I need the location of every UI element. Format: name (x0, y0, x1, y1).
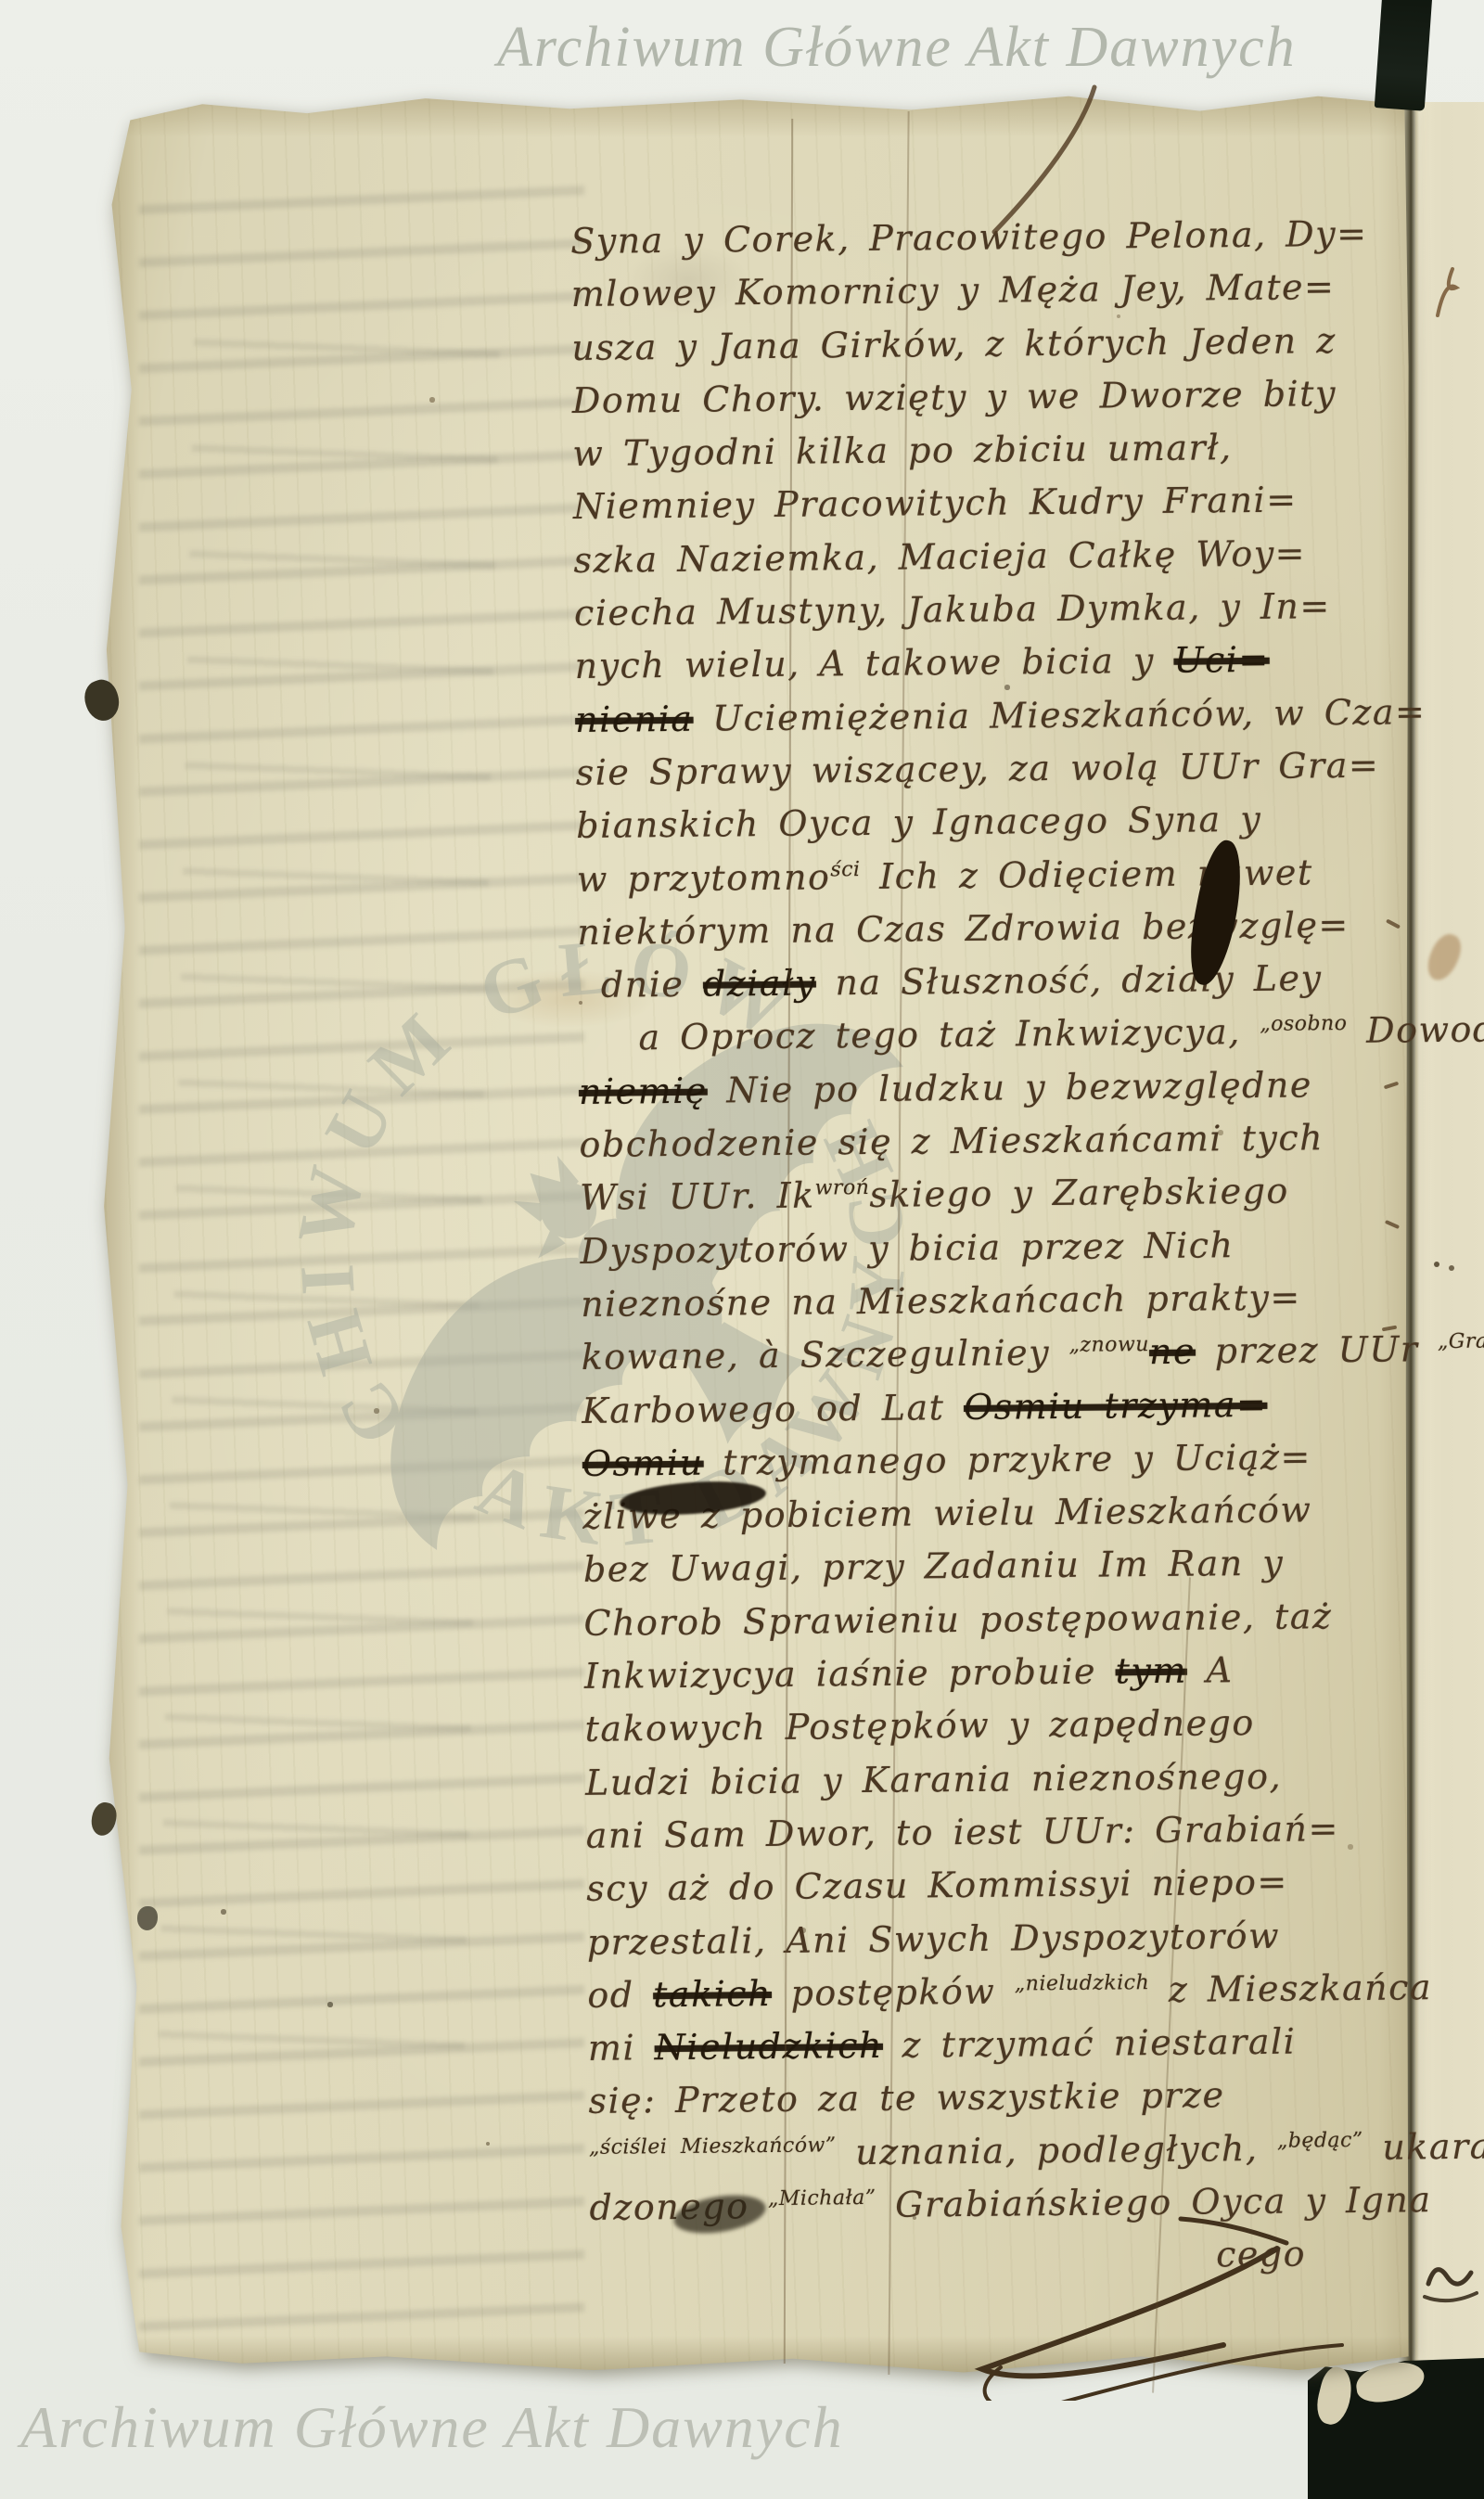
inserted-text: „osobno (1260, 1012, 1347, 1036)
manuscript-line: ciecha Mustyny, Jakuba Dymka, y In= (574, 584, 1419, 646)
manuscript-line: „ściślei Mieszkańców” uznania, podległyc… (589, 2126, 1434, 2187)
handwritten-text: trzymanego przykre y Uciąż= (703, 1436, 1311, 1482)
handwritten-text: na Słuszność, działy Ley (816, 957, 1323, 1003)
manuscript-text: Syna y Corek, Pracowitego Pelona, Dy=mlo… (570, 212, 1434, 2293)
handwritten-text: Domu Chory. wzięty y we Dworze bity (572, 373, 1337, 421)
handwritten-text: Ich z Odięciem nawet (860, 852, 1313, 897)
handwritten-text: przestali, Ani Swych Dyspozytorów (587, 1915, 1281, 1962)
inserted-text: „Grabowskiego (1438, 1329, 1484, 1354)
handwritten-text: A (1187, 1649, 1234, 1690)
binding-ribbon (1375, 0, 1433, 111)
manuscript-line: a Oprocz tego taż Inkwizycya, „osobno Do… (578, 1010, 1423, 1071)
archive-watermark-bottom: Archiwum Główne Akt Dawnych (20, 2393, 844, 2462)
inserted-text: „znowu (1068, 1333, 1149, 1357)
handwritten-text: cego (1216, 2234, 1306, 2275)
handwritten-text: scy aż do Czasu Kommissyi niepo= (586, 1862, 1288, 1909)
handwritten-text: żliwe z pobiciem wielu Mieszkańców (582, 1490, 1311, 1538)
manuscript-line: kowane, à Szczegulniey „znowune przez UU… (582, 1328, 1426, 1390)
manuscript-line: dnie działy na Słuszność, działy Ley (578, 956, 1423, 1018)
manuscript-line: usza y Jana Girków, z których Jeden z (571, 319, 1416, 380)
manuscript-line: Domu Chory. wzięty y we Dworze bity (572, 372, 1417, 433)
manuscript-line: scy aż do Czasu Kommissyi niepo= (586, 1860, 1431, 1921)
handwritten-text: mi (588, 2027, 655, 2069)
handwritten-text: Chorob Sprawieniu postępowanie, taż (583, 1596, 1332, 1644)
inserted-text: „ściślei Mieszkańców” (589, 2134, 837, 2159)
handwritten-text: ciecha Mustyny, Jakuba Dymka, y In= (574, 585, 1331, 634)
manuscript-line: w przytomności Ich z Odięciem nawet (577, 851, 1422, 912)
manuscript-line: nieznośne na Mieszkańcach prakty= (581, 1275, 1426, 1337)
handwritten-text: z Mieszkańca (1149, 1967, 1432, 2010)
handwritten-text: w Tygodni kilka po zbiciu umarł, (572, 427, 1233, 474)
manuscript-line: dzonego „Michała” Grabiańskiego Oyca y I… (589, 2179, 1434, 2240)
paper-specks (97, 93, 99, 95)
inserted-text: „będąc” (1277, 2129, 1363, 2153)
struck-text: takich (653, 1973, 772, 2015)
struck-text: tym (1115, 1650, 1187, 1692)
manuscript-line: Syna y Corek, Pracowitego Pelona, Dy= (570, 212, 1415, 274)
handwritten-text: dnie (601, 964, 703, 1006)
handwritten-text: ukaraniu Uro (1363, 2124, 1484, 2168)
handwritten-text: Syna y Corek, Pracowitego Pelona, Dy= (570, 213, 1368, 262)
ink-blot-left-margin (89, 1801, 119, 1838)
handwritten-text: takowych Postępków y zapędnego (584, 1702, 1255, 1749)
manuscript-line: takowych Postępków y zapędnego (584, 1701, 1429, 1762)
handwritten-text: obchodzenie się z Mieszkańcami tych (579, 1117, 1324, 1165)
handwritten-text: uznania, podległych, (836, 2127, 1277, 2172)
handwritten-text: Dowodzi (1347, 1009, 1484, 1052)
struck-text: ne (1149, 1331, 1196, 1372)
handwritten-text: sie Sprawy wiszącey, za wolą UUr Gra= (576, 745, 1380, 793)
inserted-text: „Michała” (768, 2186, 876, 2211)
manuscript-line: w Tygodni kilka po zbiciu umarł, (572, 425, 1417, 486)
handwritten-text: się: Przeto za te wszystkie prze (588, 2075, 1225, 2122)
manuscript-line: niemię Nie po ludzku y bezwzględne (579, 1063, 1424, 1124)
archive-scan-viewport: { "archive_overlay": { "top_watermark": … (0, 0, 1484, 2499)
manuscript-line: mlowey Komornicy y Męża Jey, Mate= (571, 266, 1416, 327)
manuscript-line: Inkwizycya iaśnie probuie tym A (584, 1647, 1429, 1709)
handwritten-text: nieznośne na Mieszkańcach prakty= (581, 1276, 1301, 1324)
manuscript-line: Niemniey Pracowitych Kudry Frani= (573, 479, 1418, 540)
manuscript-line: Karbowego od Lat Osmiu trzyma= (582, 1382, 1426, 1443)
handwritten-text: Inkwizycya iaśnie probuie (584, 1650, 1116, 1696)
handwritten-text: usza y Jana Girków, z których Jeden z (571, 320, 1337, 368)
manuscript-line: ani Sam Dwor, to iest UUr: Grabiań= (586, 1807, 1431, 1868)
handwritten-text: bianskich Oyca y Ignacego Syna y (576, 799, 1261, 846)
manuscript-line: Chorob Sprawieniu postępowanie, taż (583, 1595, 1428, 1656)
manuscript-line: nych wielu, A takowe bicia y Uci= (574, 638, 1419, 699)
handwritten-text: postępków (772, 1970, 1015, 2014)
manuscript-line: Ludzi bicia y Karania nieznośnego, (585, 1754, 1430, 1815)
manuscript-line: Dyspozytorów y bicia przez Nich (580, 1223, 1425, 1284)
handwritten-text: Niemniey Pracowitych Kudry Frani= (573, 480, 1298, 527)
manuscript-line: niektórym na Czas Zdrowia bezwzglę= (577, 903, 1422, 965)
handwritten-text: od (587, 1974, 653, 2016)
struck-text: Osmiu trzyma= (964, 1383, 1268, 1427)
manuscript-line: nienia Uciemiężenia Mieszkańców, w Cza= (575, 691, 1420, 752)
manuscript-line: Wsi UUr. Ikwrońskiego y Zarębskiego (580, 1170, 1425, 1231)
handwritten-text: skiego y Zarębskiego (869, 1171, 1289, 1215)
manuscript-line: bez Uwagi, przy Zadaniu Im Ran y (583, 1542, 1428, 1603)
handwritten-text: Karbowego od Lat (582, 1387, 964, 1431)
manuscript-line: Osmiu trzymanego przykre y Uciąż= (582, 1435, 1427, 1496)
handwritten-text: a Oprocz tego taż Inkwizycya, (638, 1011, 1260, 1057)
handwritten-text: ani Sam Dwor, to iest UUr: Grabiań= (586, 1808, 1340, 1856)
manuscript-line: przestali, Ani Swych Dyspozytorów (587, 1914, 1432, 1975)
struck-text: niemię (579, 1070, 708, 1111)
handwritten-text: Dyspozytorów y bicia przez Nich (580, 1224, 1234, 1272)
struck-text: działy (703, 963, 816, 1005)
handwritten-text: dzonego (589, 2185, 768, 2228)
manuscript-line: szka Naziemka, Macieja Całkę Woy= (573, 532, 1418, 593)
manuscript-line: się: Przeto za te wszystkie prze (588, 2073, 1433, 2134)
handwritten-text: Nie po ludzku y bezwzględne (708, 1064, 1312, 1110)
handwritten-text: Wsi UUr. Ik (580, 1175, 815, 1218)
manuscript-line: mi Nieludzkich z trzymać niestarali (588, 2019, 1433, 2081)
handwritten-text: nych wielu, A takowe bicia y (574, 640, 1173, 686)
handwritten-text: szka Naziemka, Macieja Całkę Woy= (573, 532, 1306, 581)
handwritten-text: przez UUr (1196, 1328, 1438, 1372)
archive-watermark-top: Archiwum Główne Akt Dawnych (497, 15, 1297, 81)
handwritten-text: Grabiańskiego Oyca y Igna (876, 2179, 1431, 2225)
handwritten-text: w przytomno (577, 856, 831, 900)
manuscript-line: bianskich Oyca y Ignacego Syna y (576, 798, 1421, 859)
manuscript-line: obchodzenie się z Mieszkańcami tych (579, 1116, 1424, 1177)
struck-text: nienia (575, 698, 694, 739)
handwritten-text: niektórym na Czas Zdrowia bezwzglę= (577, 904, 1350, 953)
ink-dots-right-page (1434, 1262, 1439, 1267)
handwritten-text: bez Uwagi, przy Zadaniu Im Ran y (583, 1543, 1285, 1590)
handwritten-text: z trzymać niestarali (883, 2021, 1297, 2066)
handwritten-text: kowane, à Szczegulniey (582, 1332, 1069, 1378)
struck-text: Nieludzkich (654, 2025, 883, 2068)
handwritten-text: mlowey Komornicy y Męża Jey, Mate= (571, 266, 1336, 314)
manuscript-line: cego (590, 2232, 1435, 2293)
inserted-text: wroń (814, 1176, 869, 1200)
struck-text: Osmiu (582, 1442, 704, 1484)
struck-text: Uci= (1173, 639, 1270, 681)
manuscript-line: sie Sprawy wiszącey, za wolą UUr Gra= (576, 744, 1421, 805)
inserted-text: „nieludzkich (1015, 1971, 1150, 1995)
manuscript-line: żliwe z pobiciem wielu Mieszkańców (582, 1488, 1427, 1549)
manuscript-line: od takich postępków „nieludzkich z Miesz… (587, 1967, 1432, 2028)
handwritten-text: Uciemiężenia Mieszkańców, w Cza= (693, 691, 1426, 739)
inserted-text: ści (830, 858, 860, 881)
handwritten-text: Ludzi bicia y Karania nieznośnego, (585, 1755, 1282, 1802)
